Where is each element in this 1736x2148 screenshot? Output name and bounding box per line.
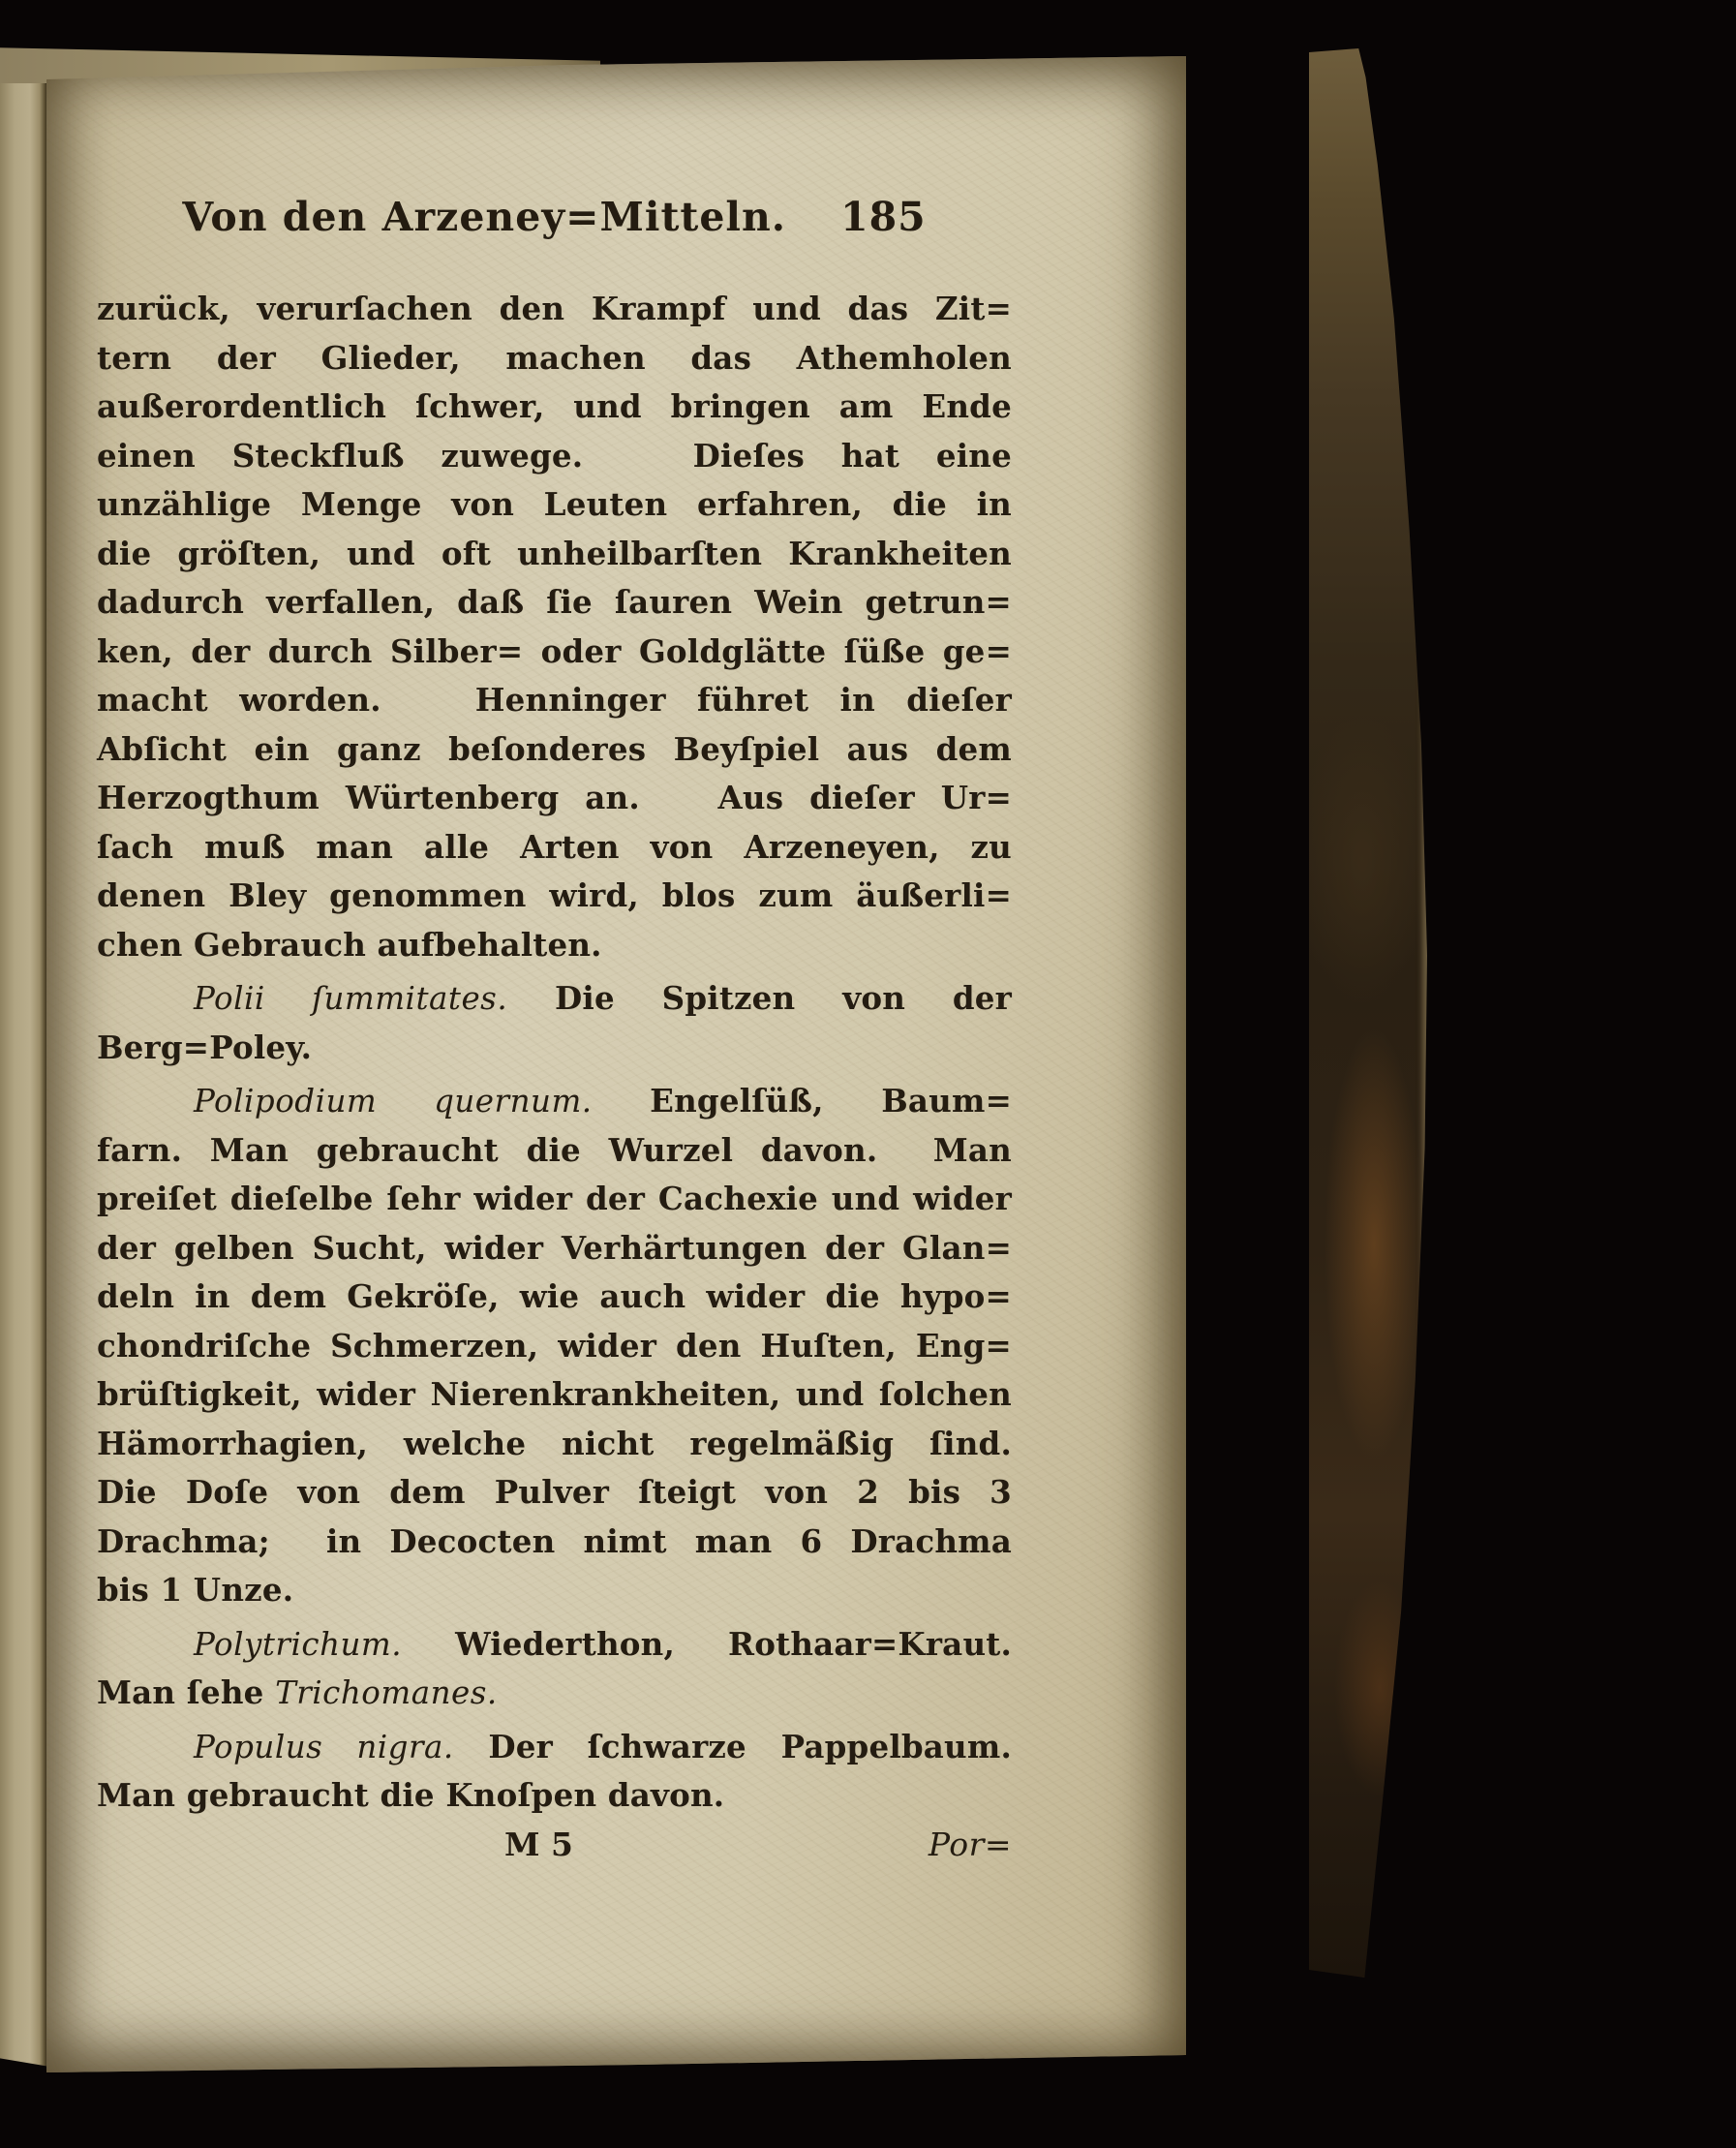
text-line: bis 1 Unze. (97, 1566, 1012, 1615)
fraktur-text: deln in dem Gekröſe, wie auch wider die … (97, 1277, 1012, 1315)
fraktur-text: der gelben Sucht, wider Verhärtungen der… (97, 1229, 1012, 1267)
text-line: Man gebraucht die Knoſpen davon. (97, 1771, 1012, 1821)
signature-row: M 5 Por= (97, 1821, 1012, 1869)
text-line: Polipodium quernum. Engelſüß, Baum= (97, 1077, 1012, 1126)
signature-mark: M 5 (504, 1821, 573, 1869)
fraktur-text: Abſicht ein ganz beſonderes Beyſpiel aus… (97, 730, 1012, 768)
latin-term: Trichomanes. (275, 1674, 498, 1711)
text-line: der gelben Sucht, wider Verhärtungen der… (97, 1224, 1012, 1273)
text-line: macht worden. Henninger führet in dieſer (97, 676, 1012, 725)
text-line: chondriſche Schmerzen, wider den Huſten,… (97, 1322, 1012, 1371)
fraktur-text: bis 1 Unze. (97, 1571, 293, 1609)
text-line: tern der Glieder, machen das Athemholen (97, 334, 1012, 384)
text-line: Populus nigra. Der ſchwarze Pappelbaum. (97, 1723, 1012, 1772)
fraktur-text: ſach muß man alle Arten von Arzeneyen, z… (97, 828, 1012, 866)
fraktur-text: Man gebraucht die Knoſpen davon. (97, 1776, 724, 1814)
running-header-row: Von den Arzeney=Mitteln. 185 (97, 198, 1012, 237)
text-line: deln in dem Gekröſe, wie auch wider die … (97, 1273, 1012, 1322)
fraktur-text: preiſet dieſelbe ſehr wider der Cachexie… (97, 1180, 1012, 1217)
page-text-layer: Von den Arzeney=Mitteln. 185 zurück, ver… (46, 56, 1186, 2072)
fraktur-text: Herzogthum Würtenberg an. Aus dieſer Ur= (97, 779, 1012, 816)
fraktur-text: Hämorrhagien, welche nicht regelmäßig ſi… (97, 1425, 1012, 1462)
text-line: Hämorrhagien, welche nicht regelmäßig ſi… (97, 1420, 1012, 1469)
fraktur-text: ken, der durch Silber= oder Goldglätte ſ… (97, 632, 1012, 670)
text-line: Berg=Poley. (97, 1024, 1012, 1073)
text-line: Drachma; in Decocten nimt man 6 Drachma (97, 1518, 1012, 1567)
text-line: Man ſehe Trichomanes. (97, 1669, 1012, 1718)
text-line: dadurch verfallen, daß ſie ſauren Wein g… (97, 578, 1012, 628)
fraktur-text: einen Steckfluß zuwege. Dieſes hat eine (97, 437, 1012, 475)
fraktur-text: unzählige Menge von Leuten erfahren, die… (97, 485, 1012, 523)
body-text-block: zurück, verurſachen den Krampf und das Z… (97, 285, 1012, 1821)
book-cover-edge (1309, 48, 1427, 1978)
facing-page-edge (0, 68, 48, 2074)
book-scan: Von den Arzeney=Mitteln. 185 zurück, ver… (0, 0, 1736, 2148)
fraktur-text: Der ſchwarze Pappelbaum. (454, 1728, 1012, 1765)
page-number: 185 (840, 198, 927, 237)
text-line: denen Bley genommen wird, blos zum äußer… (97, 872, 1012, 921)
fraktur-text: dadurch verfallen, daß ſie ſauren Wein g… (97, 583, 1012, 621)
text-line: Herzogthum Würtenberg an. Aus dieſer Ur= (97, 774, 1012, 823)
catchword: Por= (929, 1821, 1012, 1869)
text-line: Die Doſe von dem Pulver ſteigt von 2 bis… (97, 1468, 1012, 1518)
text-line: Polii ſummitates. Die Spitzen von der (97, 974, 1012, 1024)
fraktur-text: Berg=Poley. (97, 1028, 312, 1066)
fraktur-text: Engelſüß, Baum= (593, 1082, 1012, 1120)
fraktur-text: Die Spitzen von der (507, 979, 1012, 1017)
latin-term: Polii ſummitates. (194, 980, 507, 1017)
fraktur-text: Wiederthon, Rothaar=Kraut. (402, 1625, 1012, 1663)
text-line: zurück, verurſachen den Krampf und das Z… (97, 285, 1012, 334)
fraktur-text: zurück, verurſachen den Krampf und das Z… (97, 290, 1012, 327)
fraktur-text: Man ſehe (97, 1673, 275, 1711)
fraktur-text: chen Gebrauch aufbehalten. (97, 926, 602, 964)
fraktur-text: chondriſche Schmerzen, wider den Huſten,… (97, 1327, 1012, 1365)
fraktur-text: Die Doſe von dem Pulver ſteigt von 2 bis… (97, 1473, 1012, 1511)
fraktur-text: tern der Glieder, machen das Athemholen (97, 339, 1012, 377)
fraktur-text: denen Bley genommen wird, blos zum äußer… (97, 876, 1012, 914)
text-line: brüſtigkeit, wider Nierenkrankheiten, un… (97, 1370, 1012, 1420)
text-line: Polytrichum. Wiederthon, Rothaar=Kraut. (97, 1620, 1012, 1670)
fraktur-text: farn. Man gebraucht die Wurzel davon. Ma… (97, 1131, 1012, 1169)
running-header-title: Von den Arzeney=Mitteln. (182, 198, 786, 237)
text-line: die gröſten, und oft unheilbarſten Krank… (97, 530, 1012, 579)
fraktur-text: macht worden. Henninger führet in dieſer (97, 681, 1012, 719)
fraktur-text: Drachma; in Decocten nimt man 6 Drachma (97, 1522, 1012, 1560)
text-line: farn. Man gebraucht die Wurzel davon. Ma… (97, 1126, 1012, 1176)
latin-term: Polytrichum. (194, 1626, 402, 1663)
fraktur-text: die gröſten, und oft unheilbarſten Krank… (97, 535, 1012, 572)
fraktur-text: brüſtigkeit, wider Nierenkrankheiten, un… (97, 1375, 1012, 1413)
text-line: preiſet dieſelbe ſehr wider der Cachexie… (97, 1175, 1012, 1224)
text-line: chen Gebrauch aufbehalten. (97, 921, 1012, 970)
latin-term: Polipodium quernum. (194, 1083, 593, 1120)
latin-term: Populus nigra. (194, 1729, 454, 1765)
text-line: ken, der durch Silber= oder Goldglätte ſ… (97, 628, 1012, 677)
text-line: Abſicht ein ganz beſonderes Beyſpiel aus… (97, 725, 1012, 775)
fraktur-text: außerordentlich ſchwer, und bringen am E… (97, 387, 1012, 425)
text-line: einen Steckfluß zuwege. Dieſes hat eine (97, 432, 1012, 481)
text-line: ſach muß man alle Arten von Arzeneyen, z… (97, 823, 1012, 873)
text-line: unzählige Menge von Leuten erfahren, die… (97, 480, 1012, 530)
text-line: außerordentlich ſchwer, und bringen am E… (97, 383, 1012, 432)
